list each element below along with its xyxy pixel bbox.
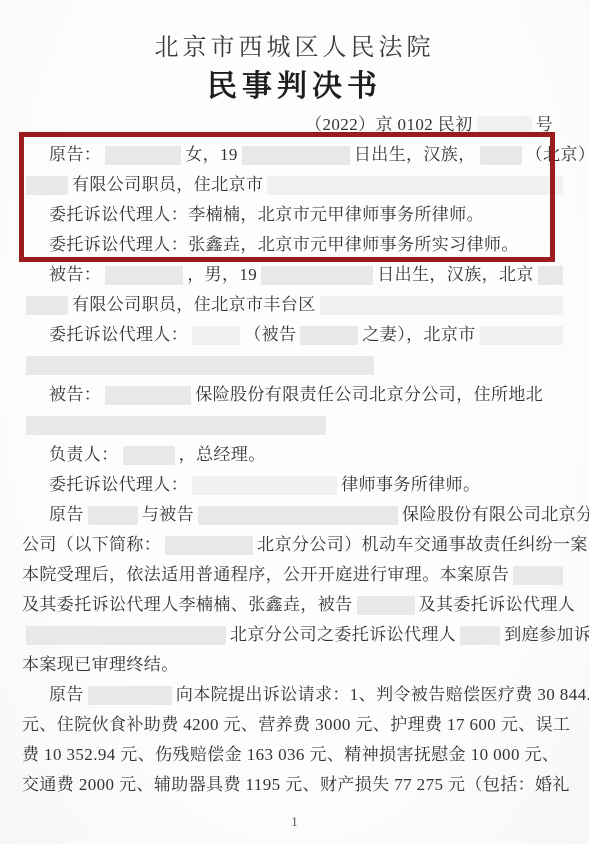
redaction-block — [105, 266, 183, 285]
claims-line-1: 原告向本院提出诉讼请求：1、判令被告赔偿医疗费 30 844.12 — [0, 680, 589, 710]
text-segment: 有限公司职员，住北京市丰台区 — [72, 290, 316, 320]
redaction-block — [26, 176, 68, 195]
case-summary-line-2: 公司（以下简称：北京分公司）机动车交通事故责任纠纷一案， — [0, 530, 589, 560]
text-segment: 之妻），北京市 — [362, 320, 475, 350]
redaction-block — [165, 536, 253, 555]
case-summary-line-1: 原告与被告保险股份有限公司北京分 — [0, 500, 589, 530]
redaction-block — [88, 686, 172, 705]
defendant2-agent-line: 委托诉讼代理人：律师事务所律师。 — [0, 470, 589, 500]
text-segment: （2022）京 0102 民初 — [305, 110, 473, 140]
document-body: （2022）京 0102 民初号原告：女，19日出生，汉族，（北京）有限公司职员… — [0, 110, 589, 800]
plaintiff-agent-2-line: 委托诉讼代理人：张鑫垚，北京市元甲律师事务所实习律师。 — [0, 230, 589, 260]
principal-line: 负责人：，总经理。 — [0, 440, 589, 470]
text-segment: （北京） — [526, 140, 589, 170]
text-segment: 负责人： — [49, 440, 119, 470]
redaction-block — [192, 476, 337, 495]
redaction-block — [267, 176, 563, 195]
plaintiff-agent-1-line: 委托诉讼代理人：李楠楠，北京市元甲律师事务所律师。 — [0, 200, 589, 230]
text-segment: 公司（以下简称： — [22, 530, 161, 560]
text-segment: 原告： — [49, 140, 101, 170]
case-summary-line-5: 北京分公司之委托诉讼代理人到庭参加诉讼。 — [0, 620, 589, 650]
plaintiff-line-2: 有限公司职员，住北京市 — [0, 170, 589, 200]
redaction-block — [26, 626, 226, 645]
text-segment: 北京分公司）机动车交通事故责任纠纷一案， — [257, 530, 589, 560]
text-segment: 律师事务所律师。 — [341, 470, 480, 500]
redaction-block — [261, 266, 373, 285]
case-summary-line-3: 本院受理后，依法适用普通程序，公开开庭进行审理。本案原告 — [0, 560, 589, 590]
redaction-block — [242, 146, 350, 165]
redaction-block — [26, 416, 326, 435]
document-title: 民事判决书 — [0, 61, 589, 105]
redaction-block — [480, 146, 522, 165]
redaction-block — [320, 296, 563, 315]
text-segment: 委托诉讼代理人： — [49, 470, 188, 500]
redaction-block — [192, 326, 240, 345]
defendant1-line-2: 有限公司职员，住北京市丰台区 — [0, 290, 589, 320]
redaction-block — [460, 626, 500, 645]
text-segment: 及其委托诉讼代理人李楠楠、张鑫垚，被告 — [22, 590, 353, 620]
text-segment: 被告： — [49, 260, 101, 290]
claims-line-4: 交通费 2000 元、辅助器具费 1195 元、财产损失 77 275 元（包括… — [0, 770, 589, 800]
text-segment: ，总经理。 — [179, 440, 266, 470]
redacted-line-2 — [0, 410, 589, 440]
court-name: 北京市西城区人民法院 — [0, 27, 589, 62]
text-segment: 日出生，汉族，北京 — [377, 260, 534, 290]
text-segment: 委托诉讼代理人： — [49, 320, 188, 350]
text-segment: 委托诉讼代理人：张鑫垚，北京市元甲律师事务所实习律师。 — [49, 230, 519, 260]
redaction-block — [123, 446, 175, 465]
defendant1-line-1: 被告：，男，19日出生，汉族，北京 — [0, 260, 589, 290]
redaction-block — [198, 506, 398, 525]
text-segment: 有限公司职员，住北京市 — [72, 170, 263, 200]
text-segment: 女，19 — [185, 140, 238, 170]
text-segment: 原告 — [49, 500, 84, 530]
text-segment: 交通费 2000 元、辅助器具费 1195 元、财产损失 77 275 元（包括… — [22, 770, 570, 800]
redaction-block — [477, 116, 532, 135]
claims-line-3: 费 10 352.94 元、伤残赔偿金 163 036 元、精神损害抚慰金 10… — [0, 740, 589, 770]
text-segment: 北京分公司之委托诉讼代理人 — [230, 620, 456, 650]
redaction-block — [300, 326, 358, 345]
text-segment: 原告 — [49, 680, 84, 710]
text-segment: 费 10 352.94 元、伤残赔偿金 163 036 元、精神损害抚慰金 10… — [22, 740, 559, 770]
redaction-block — [538, 266, 563, 285]
text-segment: 与被告 — [142, 500, 194, 530]
redaction-block — [357, 596, 415, 615]
text-segment: 到庭参加诉讼。 — [504, 620, 589, 650]
text-segment: 委托诉讼代理人：李楠楠，北京市元甲律师事务所律师。 — [49, 200, 484, 230]
text-segment: 保险股份有限责任公司北京分公司，住所地北 — [195, 380, 543, 410]
text-segment: 及其委托诉讼代理人 — [419, 590, 576, 620]
redacted-line-1 — [0, 350, 589, 380]
judgment-page: 北京市西城区人民法院 民事判决书 （2022）京 0102 民初号原告：女，19… — [0, 0, 589, 844]
text-segment: 向本院提出诉讼请求：1、判令被告赔偿医疗费 30 844.12 — [176, 680, 589, 710]
case-summary-line-6: 本案现已审理终结。 — [0, 650, 589, 680]
claims-line-2: 元、住院伙食补助费 4200 元、营养费 3000 元、护理费 17 600 元… — [0, 710, 589, 740]
case-summary-line-4: 及其委托诉讼代理人李楠楠、张鑫垚，被告及其委托诉讼代理人 — [0, 590, 589, 620]
text-segment: 元、住院伙食补助费 4200 元、营养费 3000 元、护理费 17 600 元… — [22, 710, 570, 740]
plaintiff-line-1: 原告：女，19日出生，汉族，（北京） — [0, 140, 589, 170]
text-segment: 被告： — [49, 380, 101, 410]
defendant2-line-1: 被告：保险股份有限责任公司北京分公司，住所地北 — [0, 380, 589, 410]
text-segment: ，男，19 — [187, 260, 257, 290]
case-number-line: （2022）京 0102 民初号 — [0, 110, 589, 140]
text-segment: 本院受理后，依法适用普通程序，公开开庭进行审理。本案原告 — [22, 560, 509, 590]
redaction-block — [480, 326, 563, 345]
text-segment: 日出生，汉族， — [354, 140, 476, 170]
redaction-block — [105, 146, 181, 165]
redaction-block — [88, 506, 138, 525]
text-segment: 本案现已审理终结。 — [22, 650, 179, 680]
redaction-block — [26, 296, 68, 315]
redaction-block — [105, 386, 191, 405]
text-segment: 号 — [536, 110, 553, 140]
redaction-block — [513, 566, 563, 585]
redaction-block — [26, 356, 374, 375]
defendant1-agent-line: 委托诉讼代理人：（被告之妻），北京市 — [0, 320, 589, 350]
text-segment: 保险股份有限公司北京分 — [402, 500, 589, 530]
page-number: 1 — [0, 814, 589, 830]
text-segment: （被告 — [244, 320, 296, 350]
